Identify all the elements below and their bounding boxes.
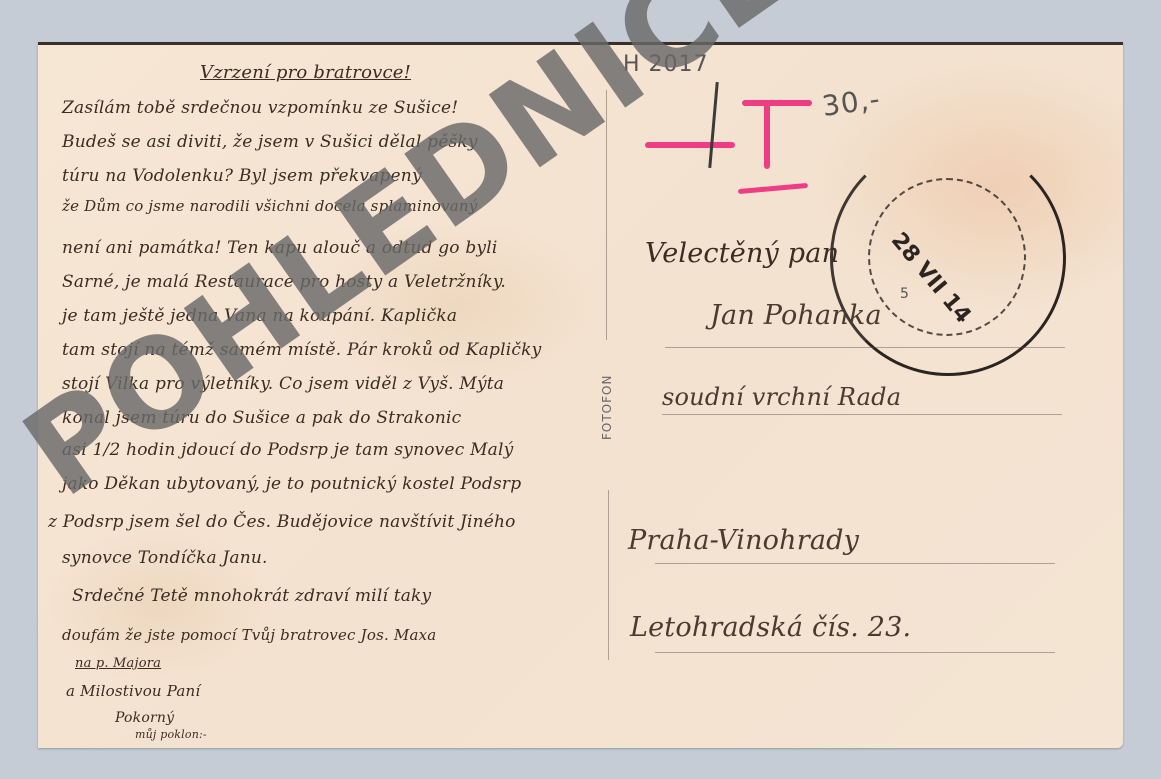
publisher-imprint: FOTOFON [600, 375, 614, 440]
address-rule [662, 414, 1062, 415]
message-line: a Milostivou Paní [66, 682, 200, 700]
message-line: není ani památka! Ten kapu alouč a odtud… [62, 238, 498, 258]
message-line: že Dům co jsme narodili všichni docela s… [62, 197, 477, 215]
message-line: jako Děkan ubytovaný, je to poutnický ko… [62, 474, 521, 494]
address-city: Praha-Vinohrady [628, 525, 859, 556]
message-line: synovce Tondíčka Janu. [62, 548, 268, 568]
message-line: je tam ještě jedna Vana na koupání. Kapl… [62, 306, 457, 326]
message-line: doufám že jste pomocí Tvůj bratrovec Jos… [62, 626, 436, 644]
address-salutation: Velectěný pan [645, 238, 839, 269]
message-line: túru na Vodolenku? Byl jsem překvapený [62, 166, 422, 186]
message-line: tam stojí na témž samém místě. Pár kroků… [62, 340, 541, 360]
message-line: Pokorný [115, 710, 174, 726]
address-name: Jan Pohanka [710, 300, 882, 331]
address-rule [655, 652, 1055, 653]
message-line: Srdečné Tetě mnohokrát zdraví milí taky [72, 586, 431, 606]
message-line: asi 1/2 hodin jdoucí do Podsrp je tam sy… [62, 440, 513, 460]
address-street: Letohradská čís. 23. [630, 612, 911, 643]
postmark-sub: 5 [900, 286, 909, 302]
divider-line [606, 90, 607, 340]
address-rule [665, 347, 1065, 348]
divider-line [608, 490, 609, 660]
message-line: Budeš se asi diviti, že jsem v Sušici dě… [62, 132, 478, 152]
message-line: můj poklon:- [135, 728, 207, 741]
message-line: z Podsrp jsem šel do Čes. Budějovice nav… [48, 512, 516, 532]
message-line: konal jsem túru do Sušice a pak do Strak… [62, 408, 461, 428]
message-line: Zasílám tobě srdečnou vzpomínku ze Sušic… [62, 98, 458, 118]
catalog-mark: H 2017 [623, 52, 709, 77]
message-line: na p. Majora [75, 656, 161, 671]
address-title: soudní vrchní Rada [662, 383, 901, 411]
message-heading: Vzrzení pro bratrovce! [200, 62, 411, 83]
message-line: Sarné, je malá Restaurace pro hosty a Ve… [62, 272, 506, 292]
address-rule [655, 563, 1055, 564]
message-line: stojí Vilka pro výletníky. Co jsem viděl… [62, 374, 504, 394]
